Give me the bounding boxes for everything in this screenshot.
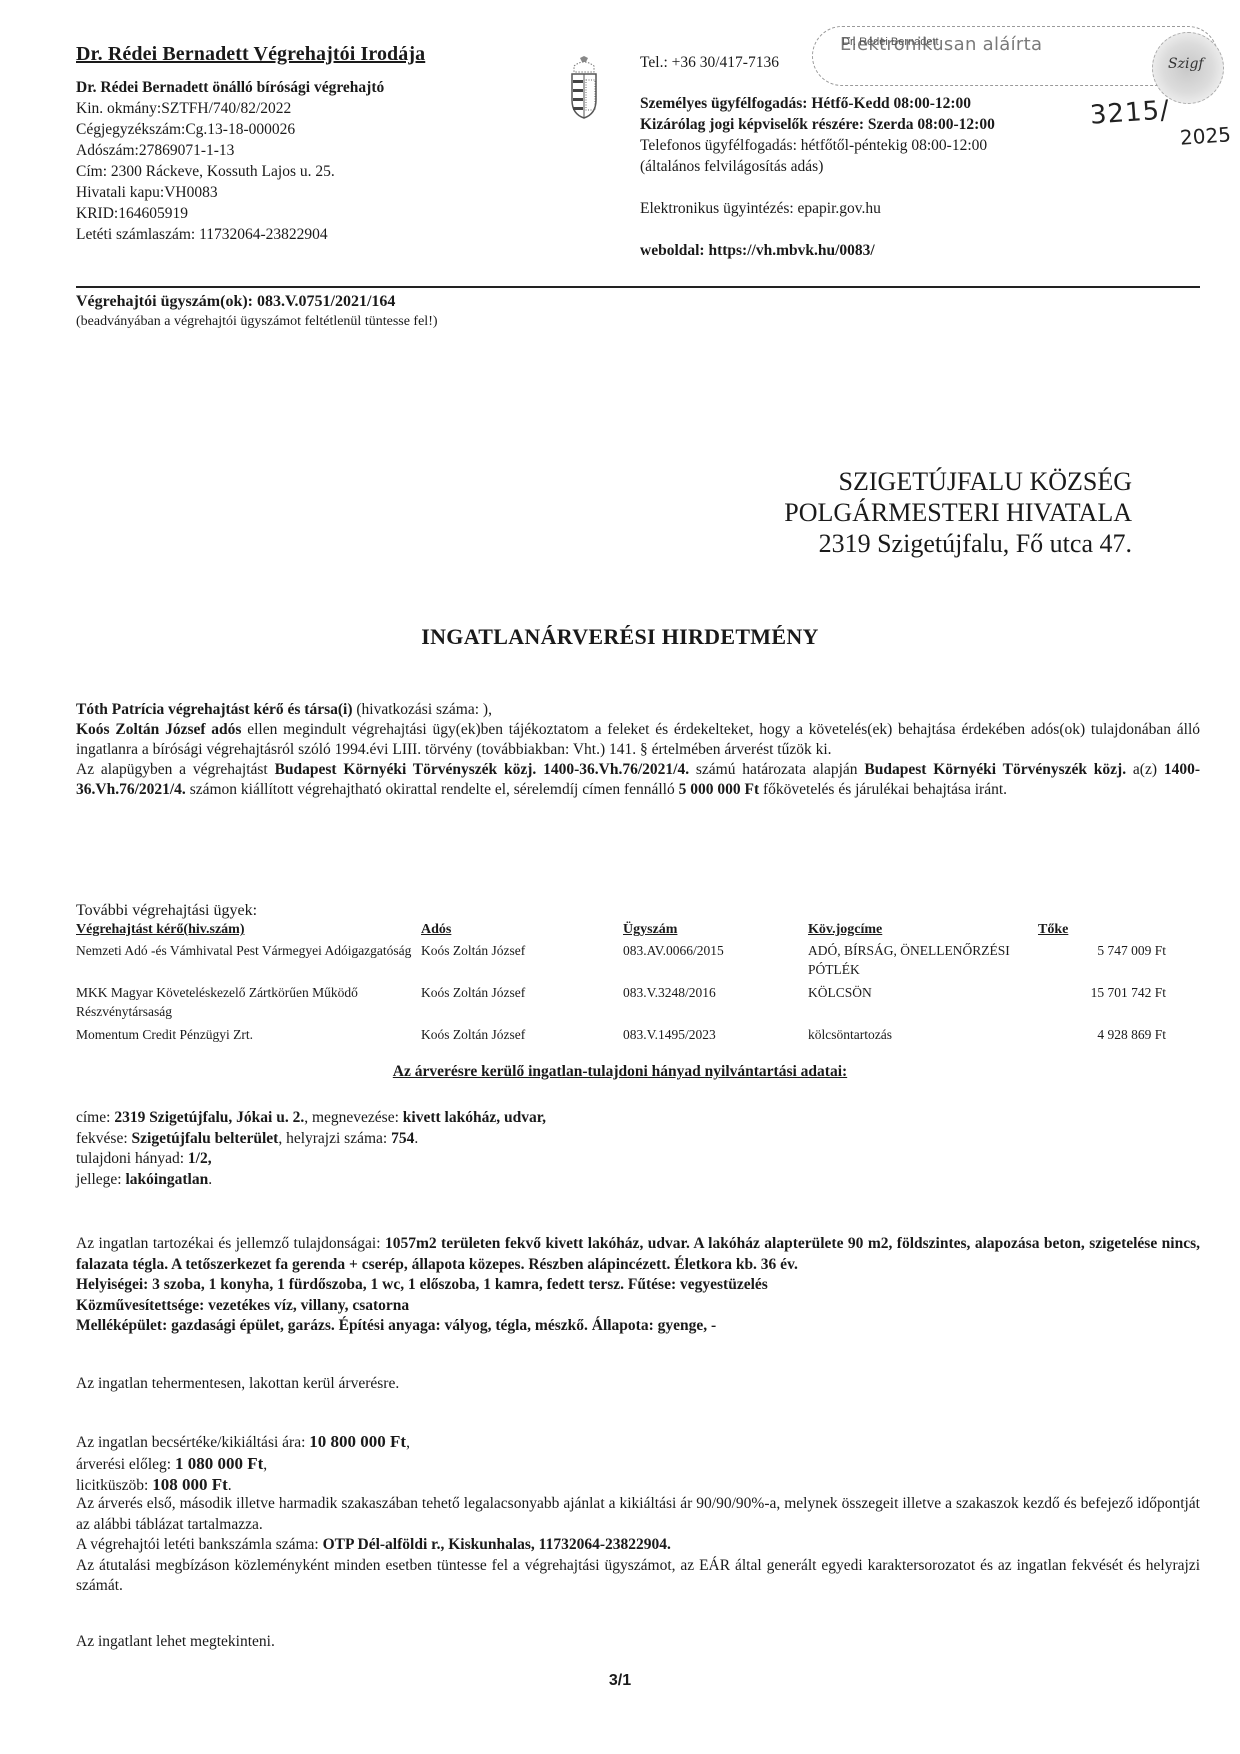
license-id: Kin. okmány:SZTFH/740/82/2022 [76,98,546,119]
header-divider [76,286,1200,288]
office-title: Dr. Rédei Bernadett Végrehajtói Irodája [76,44,546,65]
officer-name: Dr. Rédei Bernadett önálló bírósági végr… [76,77,546,98]
other-cases-section: További végrehajtási ügyek: Végrehajtást… [76,902,1166,1048]
property-location: fekvése: Szigetújfalu belterület, helyra… [76,1129,546,1150]
office-gateway: Hivatali kapu:VH0083 [76,182,546,203]
case-number: Végrehajtói ügyszám(ok): 083.V.0751/2021… [76,293,395,311]
viewing-note: Az ingatlant lehet megtekinteni. [76,1633,275,1651]
property-data: címe: 2319 Szigetújfalu, Jókai u. 2., me… [76,1108,546,1190]
reception-phone-note: (általános felvilágosítás adás) [640,156,1200,177]
reception-phone: Telefonos ügyfélfogadás: hétfőtől-péntek… [640,135,1200,156]
table-row: MKK Magyar Követeléskezelő Zártkörűen Mű… [76,983,1166,1025]
e-signature-signer: Dr. Rédei Bernadett [842,36,939,48]
escrow-account: Letéti számlaszám: 11732064-23822904 [76,224,546,245]
estimated-value: Az ingatlan becsértéke/kikiáltási ára: 1… [76,1432,410,1454]
price-block: Az ingatlan becsértéke/kikiáltási ára: 1… [76,1432,410,1497]
col-case-no: Ügyszám [623,922,808,941]
website[interactable]: weboldal: https://vh.mbvk.hu/0083/ [640,240,1200,261]
other-cases-table: Végrehajtást kérő(hiv.szám) Adós Ügyszám… [76,922,1166,1048]
addressee-line-1: SZIGETÚJFALU KÖZSÉG [784,466,1132,497]
auction-stages: Az árverés első, második illetve harmadi… [76,1494,1200,1535]
addressee-line-2: POLGÁRMESTERI HIVATALA [784,497,1132,528]
tax-number: Adószám:27869071-1-13 [76,140,546,161]
property-section-heading: Az árverésre kerülő ingatlan-tulajdoni h… [0,1063,1240,1081]
electronic-admin: Elektronikus ügyintézés: epapir.gov.hu [640,198,1200,219]
auction-details: Az árverés első, második illetve harmadi… [76,1494,1200,1597]
office-header: Dr. Rédei Bernadett Végrehajtói Irodája … [76,44,546,245]
creditor-line: Tóth Patrícia végrehajtást kérő és társa… [76,700,1200,720]
handwritten-registration-number: 3215/ [1089,95,1171,131]
property-burden: Az ingatlan tehermentesen, lakottan kerü… [76,1375,399,1393]
table-row: Nemzeti Adó -és Vámhivatal Pest Vármegye… [76,941,1166,983]
other-cases-caption: További végrehajtási ügyek: [76,902,1166,920]
col-claim-title: Köv.jogcíme [808,922,1038,941]
handwritten-registration-year: 2025 [1179,122,1231,149]
property-utilities: Közművesítettsége: vezetékes víz, villan… [76,1296,1200,1317]
company-reg-no: Cégjegyzékszám:Cg.13-18-000026 [76,119,546,140]
seal-signature: Szigf [1168,56,1204,72]
property-type: jellege: lakóingatlan. [76,1170,546,1191]
col-principal: Tőke [1038,922,1166,941]
col-debtor: Adós [421,922,623,941]
page-number: 3/1 [0,1672,1240,1690]
property-outbuilding: Melléképület: gazdasági épület, garázs. … [76,1316,1200,1337]
property-address: címe: 2319 Szigetújfalu, Jókai u. 2., me… [76,1108,546,1129]
bank-account: A végrehajtói letéti bankszámla száma: O… [76,1535,1200,1556]
debtor-paragraph: Koós Zoltán József adós ellen megindult … [76,720,1200,760]
table-row: Momentum Credit Pénzügyi Zrt. Koós Zoltá… [76,1025,1166,1048]
case-number-note: (beadványában a végrehajtói ügyszámot fe… [76,314,438,330]
property-features: Az ingatlan tartozékai és jellemző tulaj… [76,1234,1200,1337]
coat-of-arms-icon [566,56,602,120]
document-title: INGATLANÁRVERÉSI HIRDETMÉNY [0,624,1240,650]
property-share: tulajdoni hányad: 1/2, [76,1149,546,1170]
intro-section: Tóth Patrícia végrehajtást kérő és társa… [76,700,1200,800]
office-address: Cím: 2300 Ráckeve, Kossuth Lajos u. 25. [76,161,546,182]
col-creditor: Végrehajtást kérő(hiv.szám) [76,922,421,941]
addressee-block: SZIGETÚJFALU KÖZSÉG POLGÁRMESTERI HIVATA… [784,466,1132,559]
addressee-line-3: 2319 Szigetújfalu, Fő utca 47. [784,528,1132,559]
transfer-note: Az átutalási megbízáson közleményként mi… [76,1556,1200,1597]
property-rooms: Helyiségei: 3 szoba, 1 konyha, 1 fürdősz… [76,1275,1200,1296]
krid: KRID:164605919 [76,203,546,224]
auction-deposit: árverési előleg: 1 080 000 Ft, [76,1454,410,1476]
basis-paragraph: Az alapügyben a végrehajtást Budapest Kö… [76,760,1200,800]
